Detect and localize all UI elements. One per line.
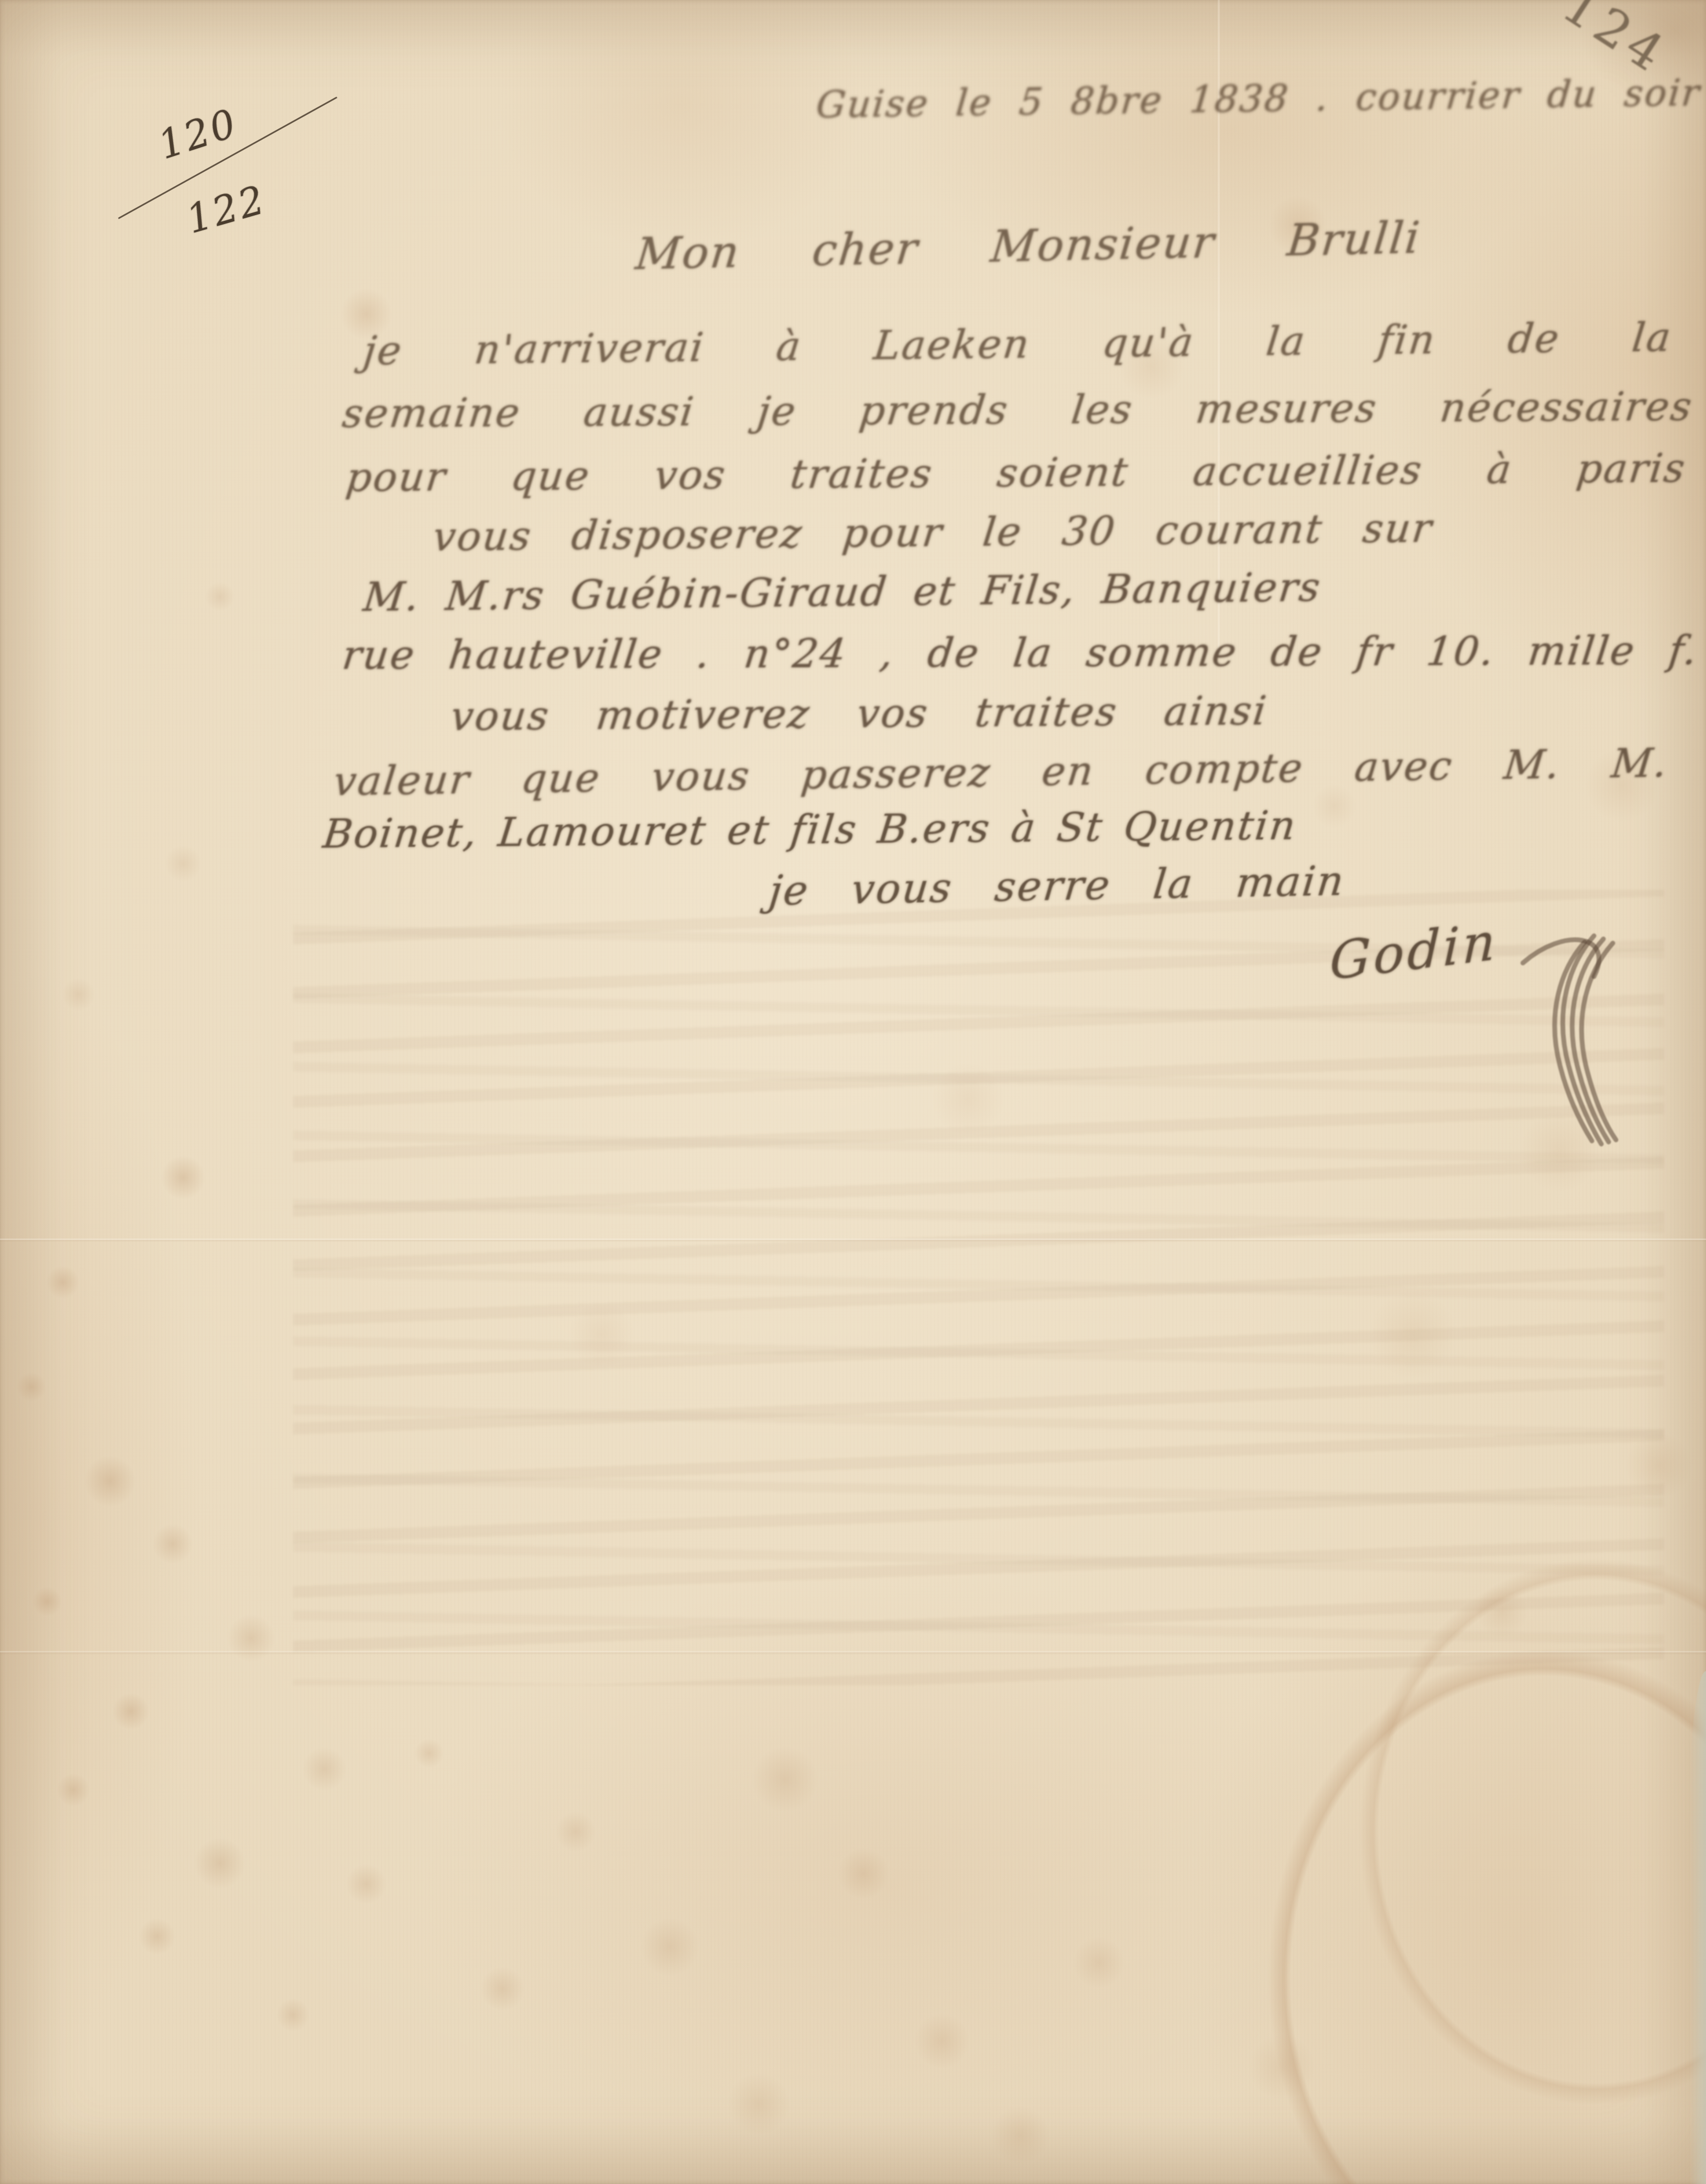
body-line: pour que vos traites soient accueillies … <box>344 444 1689 500</box>
body-line: rue hauteville . n°24 , de la somme de f… <box>340 626 1701 678</box>
signature-paraph <box>1491 932 1659 1151</box>
body-line: vous motiverez vos traites ainsi <box>448 687 1270 740</box>
body-line: vous disposerez pour le 30 courant sur <box>431 505 1435 560</box>
letter-page: 124 120 122 Guise le 5 8bre 1838 . courr… <box>0 0 1706 2184</box>
folio-annotation: 120 122 <box>126 105 356 267</box>
body-line: semaine aussi je prends les mesures néce… <box>340 383 1696 436</box>
body-line: Boinet, Lamouret et fils B.ers à St Quen… <box>321 802 1299 857</box>
folio-number-top: 120 <box>153 100 243 168</box>
folio-number-bottom: 122 <box>182 177 271 243</box>
